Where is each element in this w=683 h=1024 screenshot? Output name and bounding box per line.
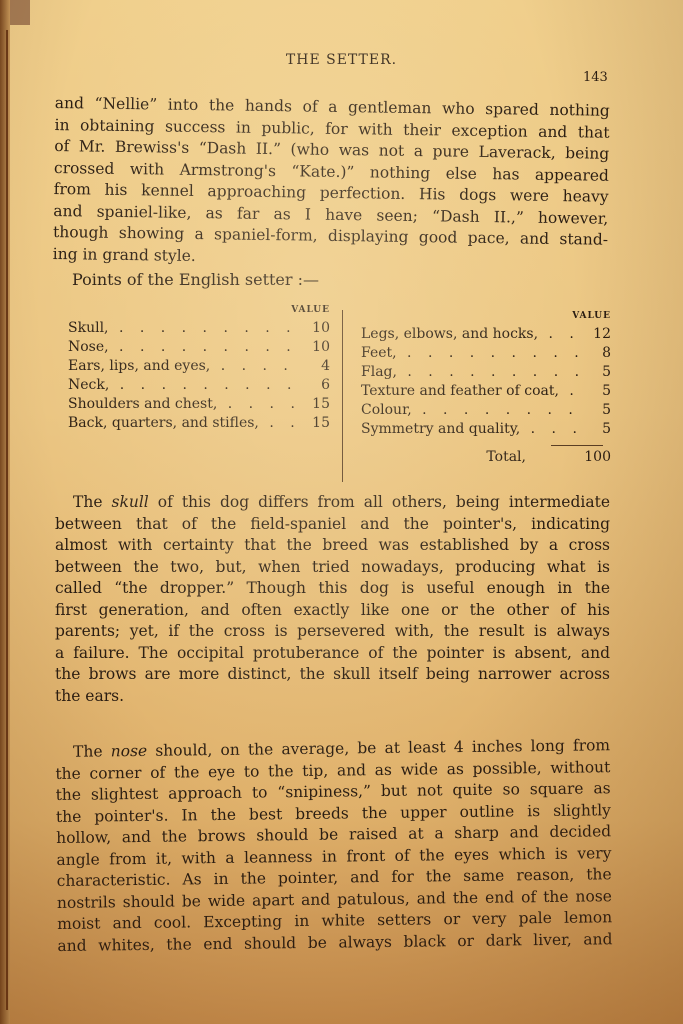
total-label: Total, bbox=[361, 446, 566, 468]
total-value: 100 bbox=[566, 446, 611, 468]
italic-term: nose bbox=[111, 742, 148, 760]
text-line: a failure. The occipital protuberance of… bbox=[55, 643, 610, 665]
table-row: Shoulders and chest,15 bbox=[68, 395, 330, 414]
table-row: Nose,10 bbox=[68, 338, 330, 357]
table-row: Symmetry and quality,5 bbox=[361, 420, 611, 439]
total-row: Total, 100 bbox=[361, 446, 611, 468]
value-header: VALUE bbox=[68, 305, 330, 319]
text-line: The skull of this dog differs from all o… bbox=[55, 492, 610, 514]
value-header: VALUE bbox=[361, 311, 611, 325]
points-column-right: VALUE Legs, elbows, and hocks,12 Feet,8 … bbox=[361, 311, 611, 468]
table-row: Skull,10 bbox=[68, 319, 330, 338]
running-title: THE SETTER. bbox=[0, 52, 683, 68]
text-line: first generation, and often exactly like… bbox=[55, 600, 610, 622]
points-heading: Points of the English setter :— bbox=[72, 270, 319, 289]
italic-term: skull bbox=[112, 493, 149, 511]
book-gutter bbox=[0, 0, 10, 1024]
points-column-left: VALUE Skull,10 Nose,10 Ears, lips, and e… bbox=[68, 305, 330, 433]
points-table: VALUE Skull,10 Nose,10 Ears, lips, and e… bbox=[68, 305, 613, 480]
table-row: Colour,5 bbox=[361, 401, 611, 420]
table-row: Back, quarters, and stifles,15 bbox=[68, 414, 330, 433]
text-line: called “the dropper.” Though this dog is… bbox=[55, 578, 610, 600]
text-line: parents; yet, if the cross is persevered… bbox=[55, 621, 610, 643]
table-row: Texture and feather of coat,5 bbox=[361, 382, 611, 401]
paragraph-nose: The nose should, on the average, be at l… bbox=[55, 735, 613, 957]
page-number: 143 bbox=[583, 70, 608, 85]
text-line: between the two, but, when tried nowaday… bbox=[55, 557, 610, 579]
paragraph-intro: and “Nellie” into the hands of a gentlem… bbox=[53, 93, 610, 273]
text-line: between that of the field-spaniel and th… bbox=[55, 514, 610, 536]
paragraph-skull: The skull of this dog differs from all o… bbox=[55, 492, 610, 707]
column-divider bbox=[342, 310, 343, 482]
page-edge bbox=[6, 30, 8, 1010]
table-row: Ears, lips, and eyes,4 bbox=[68, 357, 330, 376]
table-row: Legs, elbows, and hocks,12 bbox=[361, 325, 611, 344]
table-row: Neck,6 bbox=[68, 376, 330, 395]
text-line: almost with certainty that the breed was… bbox=[55, 535, 610, 557]
table-row: Feet,8 bbox=[361, 344, 611, 363]
table-row: Flag,5 bbox=[361, 363, 611, 382]
text-line: the brows are more distinct, the skull i… bbox=[55, 664, 610, 686]
text-line: the ears. bbox=[55, 686, 610, 708]
